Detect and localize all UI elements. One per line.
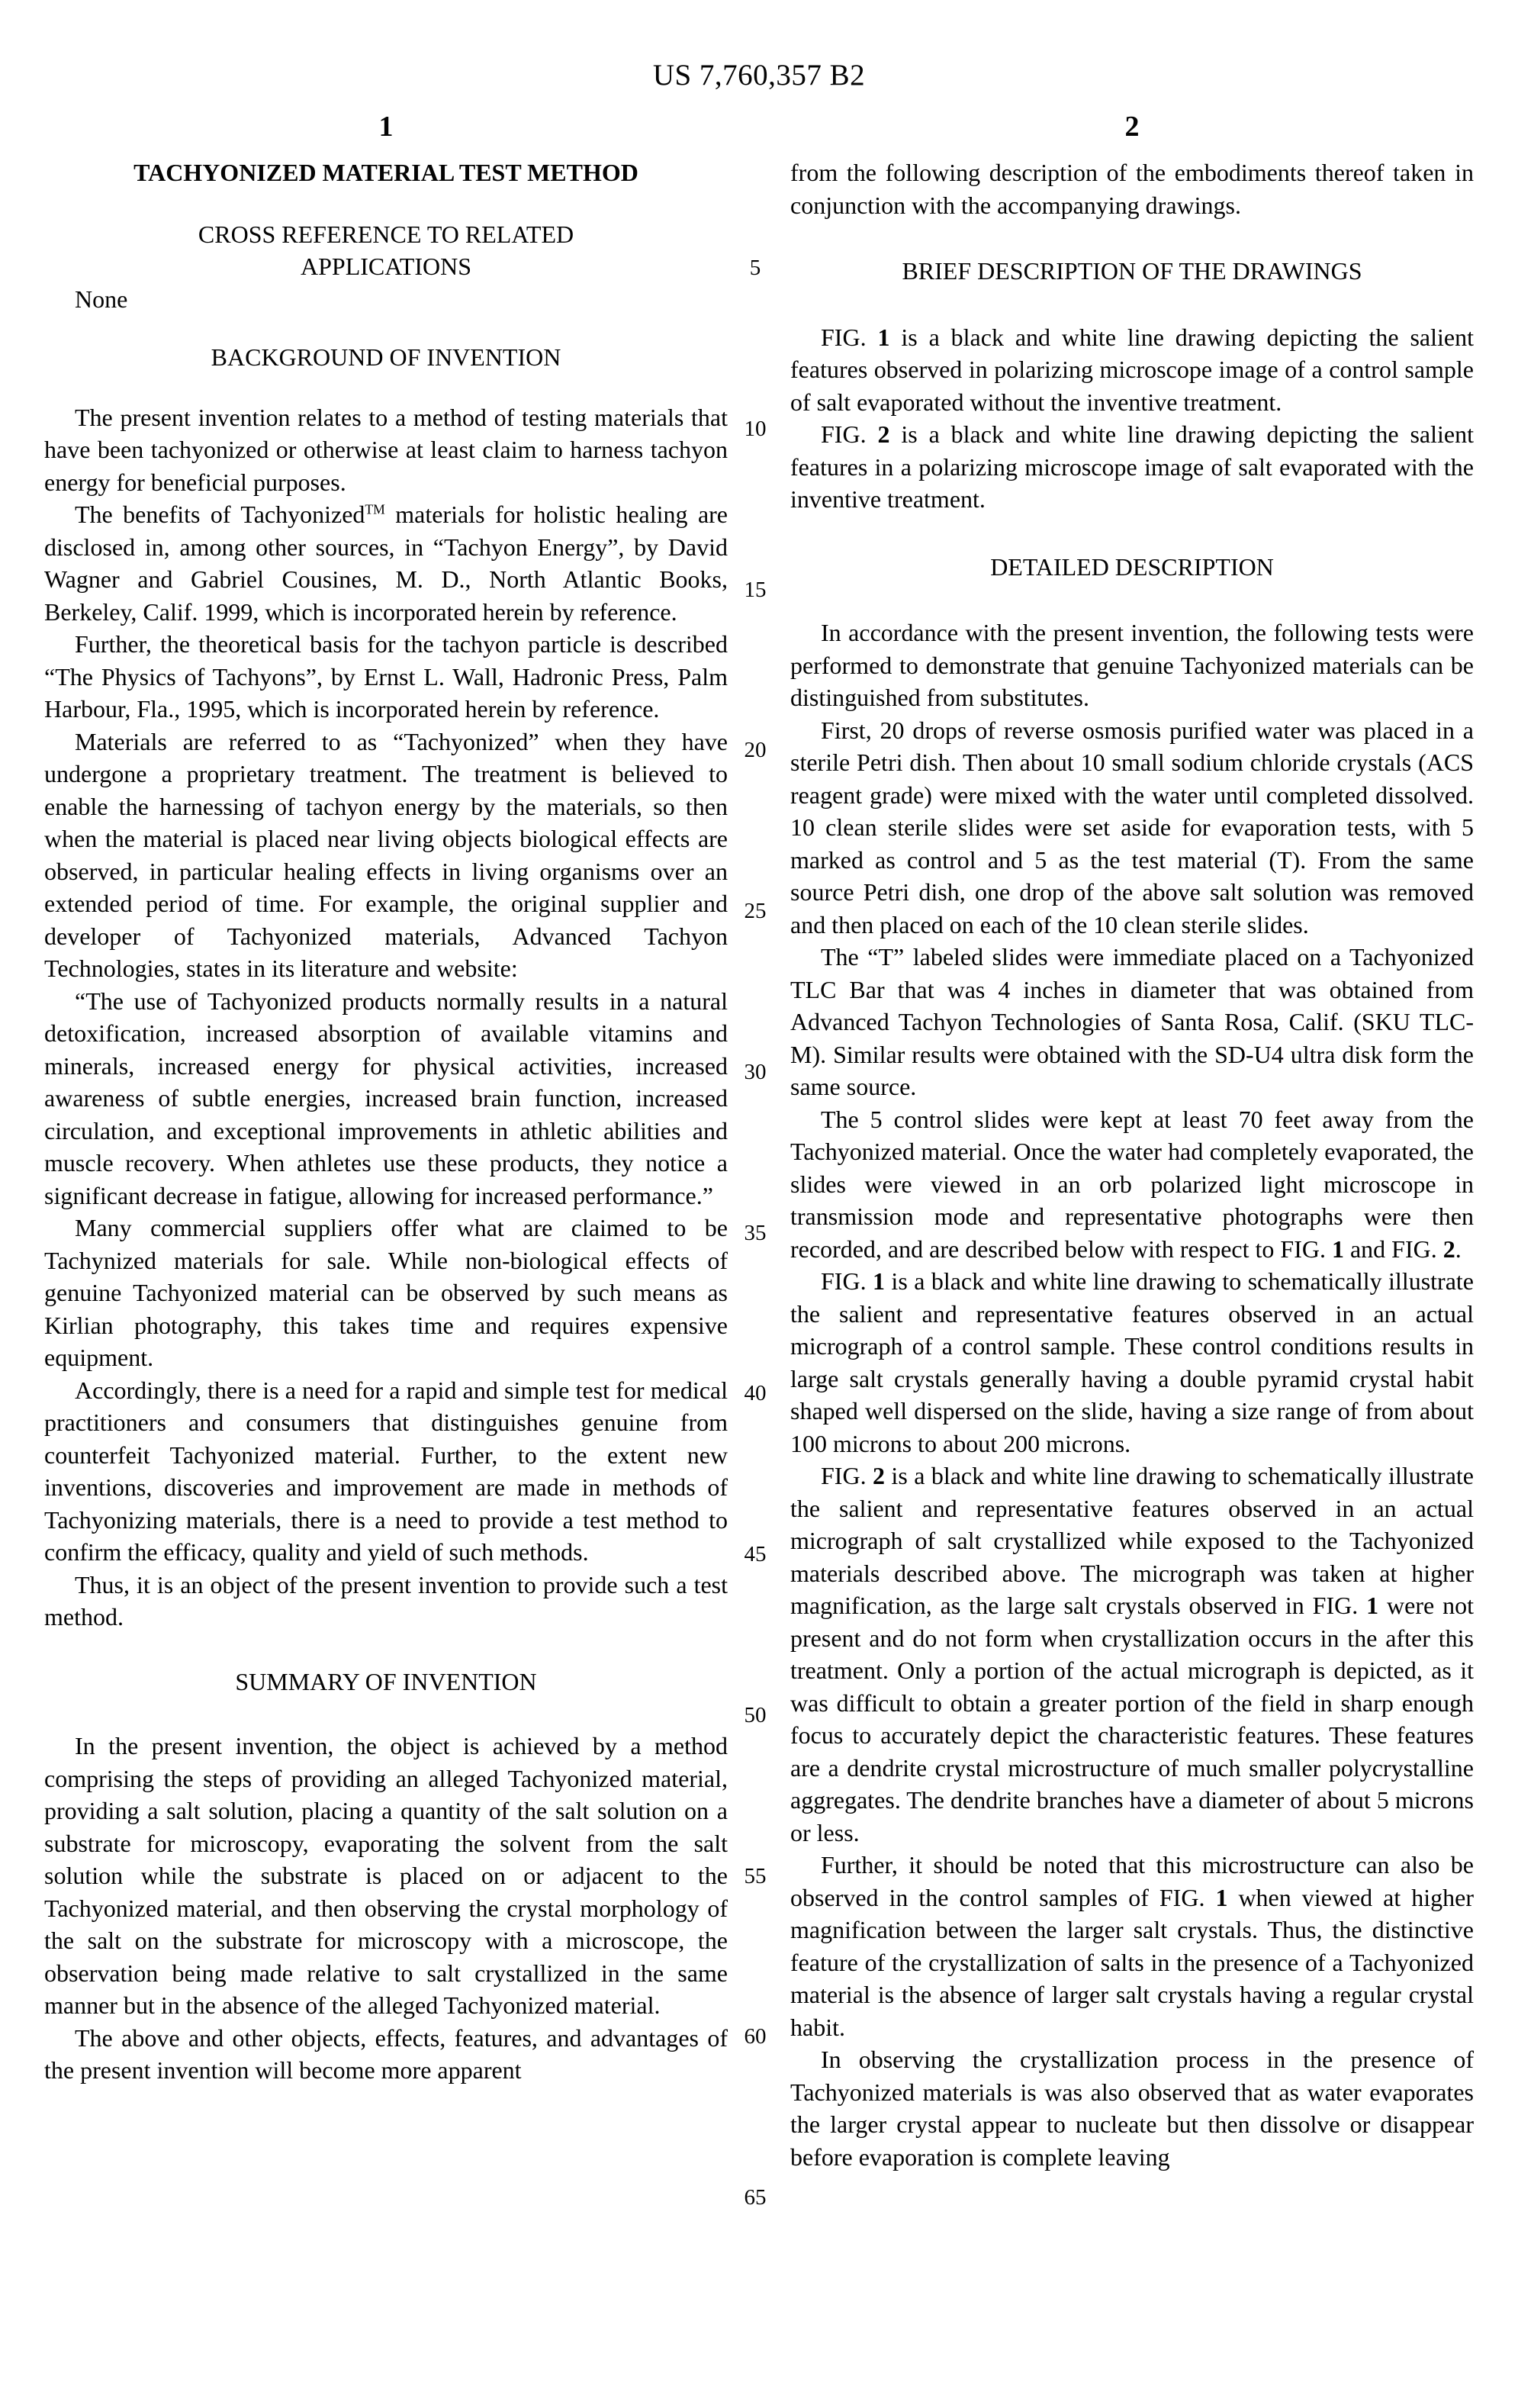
paragraph-detailed-6: FIG. 2 is a black and white line drawing…: [790, 1460, 1474, 1849]
left-column: TACHYONIZED MATERIAL TEST METHOD CROSS R…: [44, 156, 728, 2087]
line-number: 25: [725, 895, 786, 928]
cross-reference-heading-line2: APPLICATIONS: [44, 250, 728, 283]
line-number: 40: [725, 1377, 786, 1410]
line-number: 5: [725, 252, 786, 285]
paragraph-detailed-5: FIG. 1 is a black and white line drawing…: [790, 1265, 1474, 1460]
paragraph-background-2: The benefits of TachyonizedTM materials …: [44, 498, 728, 628]
line-number: 55: [725, 1860, 786, 1893]
paragraph-detailed-1: In accordance with the present invention…: [790, 616, 1474, 714]
brief-description-heading: BRIEF DESCRIPTION OF THE DRAWINGS: [790, 255, 1474, 288]
detailed-description-heading: DETAILED DESCRIPTION: [790, 551, 1474, 584]
line-number-gutter: 5101520253035404550556065: [725, 0, 786, 2408]
paragraph-none: None: [44, 283, 728, 316]
paragraph-background-1: The present invention relates to a metho…: [44, 401, 728, 499]
paragraph-detailed-7: Further, it should be noted that this mi…: [790, 1849, 1474, 2043]
paragraph-detailed-2: First, 20 drops of reverse osmosis purif…: [790, 714, 1474, 942]
paragraph-background-6: Many commercial suppliers offer what are…: [44, 1212, 728, 1374]
cross-reference-heading: CROSS REFERENCE TO RELATED APPLICATIONS: [44, 218, 728, 283]
paragraph-background-8: Thus, it is an object of the present inv…: [44, 1569, 728, 1634]
paragraph-summary-1: In the present invention, the object is …: [44, 1730, 728, 2022]
paragraph-continuation: from the following description of the em…: [790, 156, 1474, 221]
line-number: 50: [725, 1699, 786, 1732]
right-column: from the following description of the em…: [790, 156, 1474, 2173]
column-number-right: 2: [790, 110, 1474, 143]
column-number-left: 1: [44, 110, 728, 143]
line-number: 35: [725, 1217, 786, 1250]
line-number: 10: [725, 413, 786, 446]
summary-heading: SUMMARY OF INVENTION: [44, 1666, 728, 1698]
line-number: 30: [725, 1056, 786, 1089]
paragraph-background-4: Materials are referred to as “Tachyonize…: [44, 726, 728, 985]
paragraph-detailed-8: In observing the crystallization process…: [790, 2043, 1474, 2173]
paragraph-background-quote: “The use of Tachyonized products normall…: [44, 985, 728, 1212]
line-number: 65: [725, 2181, 786, 2214]
invention-title: TACHYONIZED MATERIAL TEST METHOD: [44, 156, 728, 189]
paragraph-fig2-brief: FIG. 2 is a black and white line drawing…: [790, 418, 1474, 516]
line-number: 60: [725, 2020, 786, 2053]
paragraph-summary-2: The above and other objects, effects, fe…: [44, 2022, 728, 2087]
line-number: 15: [725, 574, 786, 607]
paragraph-background-3: Further, the theoretical basis for the t…: [44, 628, 728, 726]
paragraph-background-7: Accordingly, there is a need for a rapid…: [44, 1374, 728, 1569]
line-number: 45: [725, 1538, 786, 1571]
paragraph-detailed-4: The 5 control slides were kept at least …: [790, 1103, 1474, 1266]
paragraph-fig1-brief: FIG. 1 is a black and white line drawing…: [790, 321, 1474, 419]
paragraph-detailed-3: The “T” labeled slides were immediate pl…: [790, 941, 1474, 1103]
background-heading: BACKGROUND OF INVENTION: [44, 341, 728, 374]
patent-page: US 7,760,357 B2 1 2 51015202530354045505…: [0, 0, 1518, 2408]
line-number: 20: [725, 734, 786, 767]
cross-reference-heading-line1: CROSS REFERENCE TO RELATED: [44, 218, 728, 251]
